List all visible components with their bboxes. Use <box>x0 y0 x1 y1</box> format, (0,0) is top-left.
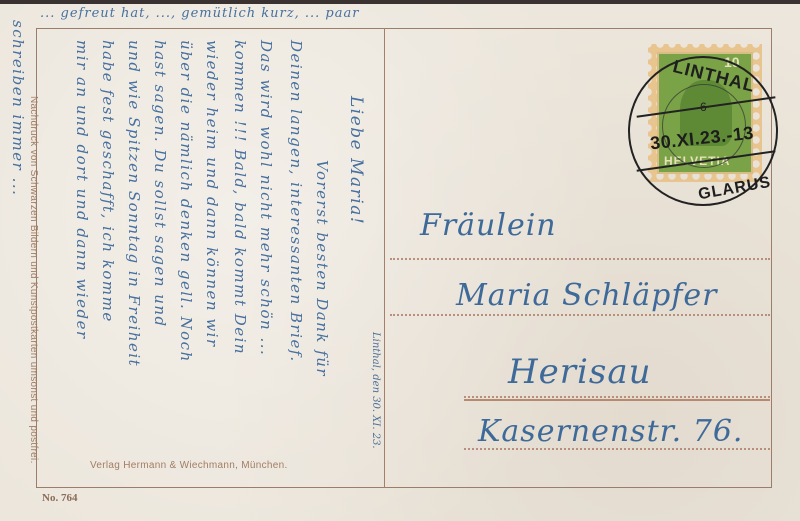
message-line-1: Vorerst besten Dank für <box>310 160 334 377</box>
message-line-11: schreiben immer ... <box>6 20 30 196</box>
address-line-2-rule <box>390 314 770 316</box>
address-line-2: Maria Schläpfer <box>456 278 718 313</box>
message-line-4: kommen !!! Bald, bald kommt Dein <box>228 40 252 355</box>
catalog-number: No. 764 <box>42 492 77 504</box>
message-signature-date: Linthal, den 30. XI. 23. <box>370 332 381 449</box>
message-line-2: Deinen langen, interessanten Brief. <box>284 40 308 363</box>
address-line-3-rule <box>464 396 770 398</box>
address-line-3: Herisau <box>508 352 652 392</box>
publisher-credit: Verlag Hermann & Wiechmann, München. <box>90 460 288 471</box>
address-line-1: Fräulein <box>420 208 557 243</box>
message-line-8: und wie Spitzen Sonntag in Freiheit <box>122 40 146 367</box>
message-top-margin: ... gefreut hat, ..., gemütlich kurz, ..… <box>40 6 359 21</box>
message-line-6: über die nämlich denken gell. Noch <box>174 40 198 363</box>
message-line-7: hast sagen. Du sollst sagen und <box>148 40 172 328</box>
message-line-9: habe fest geschafft, ich komme <box>96 40 120 323</box>
address-line-1-rule <box>390 258 770 260</box>
address-line-4: Kasernenstr. 76. <box>478 414 743 449</box>
address-line-3-underline <box>464 399 770 401</box>
message-salutation: Liebe Maria! <box>344 96 368 225</box>
message-line-5: wieder heim und dann können wir <box>200 40 224 348</box>
printed-side-notice: Nachdruck von Schwarzen Bildern und Kuns… <box>28 96 39 464</box>
message-line-3: Das wird wohl nicht mehr schön ... <box>254 40 278 356</box>
message-address-divider <box>384 28 385 488</box>
postmark-sub: 6 <box>700 100 707 114</box>
message-line-10: mir an und dort und dann wieder <box>70 40 94 340</box>
